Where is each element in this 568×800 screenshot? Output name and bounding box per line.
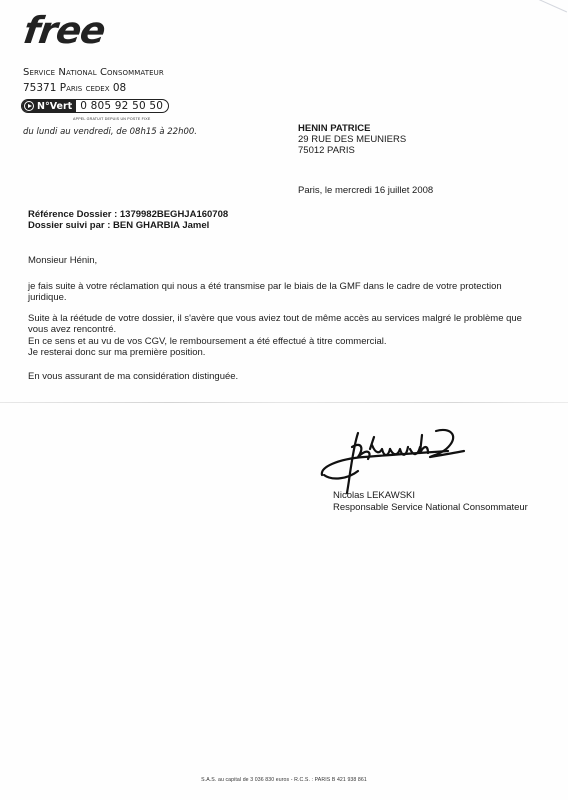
paragraph-line: je fais suite à votre réclamation qui no… <box>28 281 538 292</box>
paragraph-line: Je resterai donc sur ma première positio… <box>28 347 538 358</box>
salutation: Monsieur Hénin, <box>28 255 538 266</box>
paragraph-1: je fais suite à votre réclamation qui no… <box>28 281 538 304</box>
dossier-handler: Dossier suivi par : BEN GHARBIA Jamel <box>28 220 228 231</box>
recipient-city: 75012 PARIS <box>298 145 406 156</box>
references: Référence Dossier : 1379982BEGHJA160708 … <box>28 209 228 231</box>
recipient-street: 29 RUE DES MEUNIERS <box>298 134 406 145</box>
free-logo: free <box>21 12 107 49</box>
paragraph-line: vous avez rencontré. <box>28 324 538 335</box>
legal-footer: S.A.S. au capital de 3 036 830 euros - R… <box>0 777 568 783</box>
recipient-address: HENIN PATRICE 29 RUE DES MEUNIERS 75012 … <box>298 123 406 156</box>
play-icon <box>24 101 34 111</box>
signatory: Nicolas LEKAWSKI Responsable Service Nat… <box>333 490 528 513</box>
reference-dossier: Référence Dossier : 1379982BEGHJA160708 <box>28 209 228 220</box>
sender-block: Service National Consommateur 75371 Pari… <box>23 67 164 94</box>
numvert-note: Appel gratuit depuis un poste fixe <box>73 117 150 121</box>
numvert-label: N°Vert <box>37 101 72 112</box>
numvert-tag: N°Vert <box>22 100 76 112</box>
sender-service: Service National Consommateur <box>23 67 164 78</box>
paragraph-2: Suite à la réétude de votre dossier, il … <box>28 313 538 359</box>
paper-fold-line <box>0 402 568 403</box>
sender-address: 75371 Paris cedex 08 <box>23 82 164 94</box>
scan-corner-shadow <box>536 0 568 12</box>
paragraph-line: juridique. <box>28 292 538 303</box>
paragraph-line: En vous assurant de ma considération dis… <box>28 371 538 382</box>
numvert-badge: N°Vert 0 805 92 50 50 <box>21 99 169 113</box>
paragraph-line: Suite à la réétude de votre dossier, il … <box>28 313 538 324</box>
handwritten-signature-icon <box>318 427 468 497</box>
signatory-name: Nicolas LEKAWSKI <box>333 490 528 502</box>
paragraph-line: En ce sens et au vu de vos CGV, le rembo… <box>28 336 538 347</box>
signatory-title: Responsable Service National Consommateu… <box>333 502 528 514</box>
recipient-name: HENIN PATRICE <box>298 123 406 134</box>
closing-paragraph: En vous assurant de ma considération dis… <box>28 371 538 382</box>
letter-page: free Service National Consommateur 75371… <box>0 0 568 800</box>
opening-hours: du lundi au vendredi, de 08h15 à 22h00. <box>23 127 197 137</box>
numvert-phone: 0 805 92 50 50 <box>80 100 163 112</box>
date-line: Paris, le mercredi 16 juillet 2008 <box>298 185 433 196</box>
